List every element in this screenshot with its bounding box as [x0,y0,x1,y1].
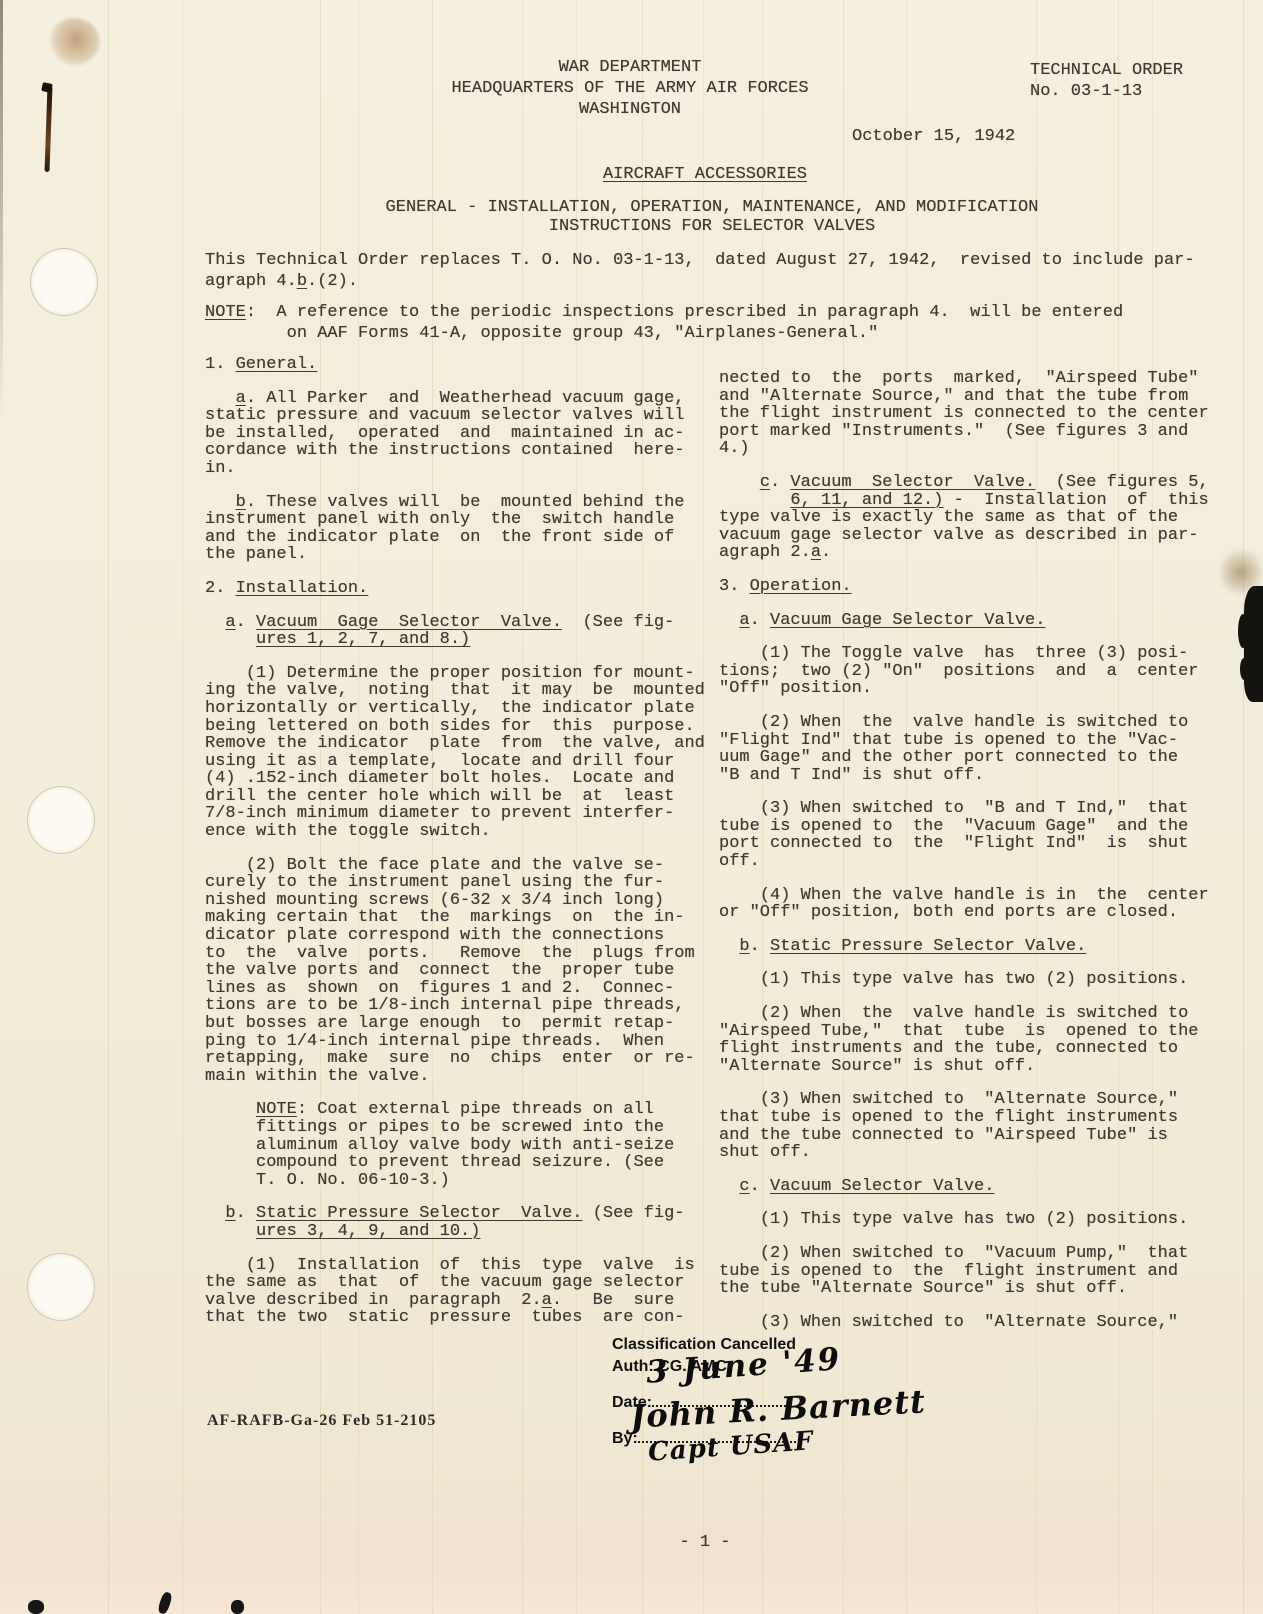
top-note: NOTE: A reference to the periodic inspec… [205,302,1205,344]
section-1-heading: 1. General. [205,356,707,374]
page-edge-shadow [0,0,3,420]
issue-date: October 15, 1942 [852,128,1015,146]
heading-3a: a. Vacuum Gage Selector Valve. [719,612,1221,630]
stain-mark [48,18,100,66]
para-3b3: (3) When switched to "Alternate Source,"… [719,1091,1221,1161]
replacement-notice: This Technical Order replaces T. O. No. … [205,250,1205,292]
para-3c2: (2) When switched to "Vacuum Pump," that… [719,1245,1221,1298]
para-3a1: (1) The Toggle valve has three (3) posi-… [719,645,1221,698]
punch-hole [27,786,95,854]
para-3b1: (1) This type valve has two (2) position… [719,971,1221,989]
para-2a2: (2) Bolt the face plate and the valve se… [205,857,707,1086]
para-3c1: (1) This type valve has two (2) position… [719,1211,1221,1229]
para-3a4: (4) When the valve handle is in the cent… [719,887,1221,922]
heading-3b: b. Static Pressure Selector Valve. [719,938,1221,956]
top-note: NOTE: A reference to the periodic inspec… [205,302,1205,344]
header-issuer: WAR DEPARTMENT HEADQUARTERS OF THE ARMY … [280,57,980,120]
section-3-heading: 3. Operation. [719,578,1221,596]
bottom-ink-mark [231,1600,244,1614]
left-column: 1. General. a. All Parker and Weatherhea… [205,356,707,1327]
para-3a3: (3) When switched to "B and T Ind," that… [719,800,1221,870]
para-2b1: (1) Installation of this type valve is t… [205,1257,707,1327]
para-1b: b. These valves will be mounted behind t… [205,494,707,564]
ink-mark-head [41,82,53,93]
heading-2c: c. Vacuum Selector Valve. (See figures 5… [719,474,1221,562]
header-technical-order-number: TECHNICAL ORDER No. 03-1-13 [1030,60,1183,102]
print-code: AF-RAFB-Ga-26 Feb 51-2105 [207,1412,436,1430]
bottom-ink-mark [157,1591,173,1614]
torn-edge-mark [1244,586,1263,702]
punch-hole [27,1253,95,1321]
intro-paragraph: This Technical Order replaces T. O. No. … [205,250,1205,292]
note-2a: NOTE: Coat external pipe threads on all … [205,1101,707,1189]
para-3b2: (2) When the valve handle is switched to… [719,1005,1221,1075]
document-subtitle: GENERAL - INSTALLATION, OPERATION, MAINT… [205,198,1219,236]
ink-mark [45,86,53,172]
heading-3c: c. Vacuum Selector Valve. [719,1178,1221,1196]
page-number: - 1 - [205,1534,1205,1552]
heading-2b: b. Static Pressure Selector Valve. (See … [205,1205,707,1240]
document-page: WAR DEPARTMENT HEADQUARTERS OF THE ARMY … [0,0,1263,1614]
punch-hole [30,248,98,316]
section-2-heading: 2. Installation. [205,580,707,598]
para-3a2: (2) When the valve handle is switched to… [719,714,1221,784]
para-1a: a. All Parker and Weatherhead vacuum gag… [205,390,707,478]
heading-2a: a. Vacuum Gage Selector Valve. (See fig-… [205,614,707,649]
para-2a1: (1) Determine the proper position for mo… [205,665,707,841]
para-3c3-partial: (3) When switched to "Alternate Source," [719,1314,1221,1332]
para-2b1-continued: nected to the ports marked, "Airspeed Tu… [719,370,1221,458]
document-title: AIRCRAFT ACCESSORIES [205,166,1205,184]
bottom-ink-mark [28,1600,44,1614]
right-column: nected to the ports marked, "Airspeed Tu… [719,370,1221,1331]
